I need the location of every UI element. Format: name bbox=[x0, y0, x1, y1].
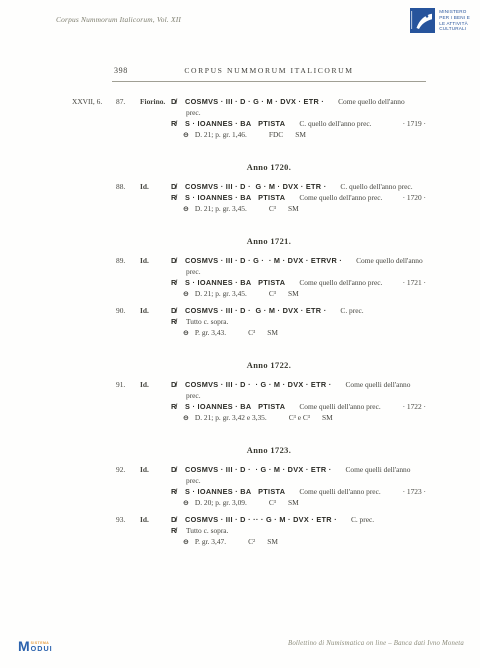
obverse-line: D̸ COSMVS · III · D · ·· · G · M · DVX ·… bbox=[171, 514, 426, 525]
weight-line: ⊖ D. 21; p. gr. 3,45. C³ SM bbox=[171, 288, 426, 300]
section-heading-anno-1721: Anno 1721. bbox=[112, 237, 426, 246]
obverse-description: Come quello dell'anno bbox=[356, 255, 423, 266]
reverse-description: C. quello dell'anno prec. bbox=[299, 118, 371, 129]
obverse-legend: COSMVS · III · D · · G · M · DVX · ETR · bbox=[185, 379, 331, 390]
obverse-description-cont: prec. bbox=[171, 390, 426, 401]
entry-denomination: Fiorino. bbox=[140, 96, 165, 107]
ministry-name-line3: LE ATTIVITÀ bbox=[439, 21, 468, 26]
coin-date: · 1723 · bbox=[393, 486, 426, 497]
weight-mark-icon: ⊖ bbox=[183, 537, 189, 548]
obverse-line: D̸ COSMVS · III · D · G · M · DVX · ETR … bbox=[171, 96, 426, 107]
collection-mark: SM bbox=[288, 288, 299, 299]
reverse-description: Come quello dell'anno prec. bbox=[299, 192, 382, 203]
reverse-mark-icon: R̸ bbox=[171, 525, 185, 536]
entry-denomination: Id. bbox=[140, 464, 149, 475]
weight-line: ⊖ P. gr. 3,47. C² SM bbox=[171, 536, 426, 548]
reverse-legend: S · IOANNES · BA PTISTA bbox=[185, 118, 285, 129]
weight-text: P. gr. 3,47. bbox=[195, 536, 226, 547]
collection-mark: SM bbox=[288, 497, 299, 508]
ministry-name-line4: CULTURALI bbox=[439, 26, 466, 31]
reverse-legend: S · IOANNES · BA PTISTA bbox=[185, 486, 285, 497]
obverse-legend: COSMVS · III · D · G · M · DVX · ETR · bbox=[185, 96, 324, 107]
weight-mark-icon: ⊖ bbox=[183, 328, 189, 339]
scanned-page: Corpus Nummorum Italicorum, Vol. XII MIN… bbox=[0, 0, 480, 668]
collection-mark: SM bbox=[267, 327, 278, 338]
document-title: Corpus Nummorum Italicorum, Vol. XII bbox=[56, 15, 181, 24]
collection-mark: SM bbox=[322, 412, 333, 423]
reverse-line: R̸ S · IOANNES · BA PTISTA Come quelli d… bbox=[171, 486, 426, 497]
reverse-line: R̸ S · IOANNES · BA PTISTA Come quello d… bbox=[171, 192, 426, 203]
section-heading-anno-1720: Anno 1720. bbox=[112, 163, 426, 172]
entry-number: 90. bbox=[116, 305, 125, 316]
page-number: 398 bbox=[114, 66, 128, 75]
obverse-legend: COSMVS · III · D · G · M · DVX · ETR · bbox=[185, 181, 326, 192]
header-rule bbox=[112, 81, 426, 82]
sistema-modui-logo: M SISTEMA ODUI bbox=[18, 640, 53, 652]
catalog-entry-87: XXVII, 6. 87. Fiorino. D̸ COSMVS · III ·… bbox=[70, 96, 426, 141]
obverse-description: C. prec. bbox=[340, 305, 363, 316]
conservation-grade: C³ bbox=[248, 327, 255, 338]
reverse-description: Come quelli dell'anno prec. bbox=[299, 486, 380, 497]
weight-mark-icon: ⊖ bbox=[183, 130, 189, 141]
obverse-description: Come quello dell'anno bbox=[338, 96, 405, 107]
weight-text: D. 21; p. gr. 3,45. bbox=[195, 203, 247, 214]
reverse-mark-icon: R̸ bbox=[171, 401, 185, 412]
section-heading-anno-1722: Anno 1722. bbox=[112, 361, 426, 370]
conservation-grade: C³ bbox=[269, 203, 276, 214]
weight-line: ⊖ D. 21; p. gr. 1,46. FDC SM bbox=[171, 129, 426, 141]
entry-number: 88. bbox=[116, 181, 125, 192]
weight-mark-icon: ⊖ bbox=[183, 204, 189, 215]
catalog-entry-90: 90. Id. D̸ COSMVS · III · D · G · M · DV… bbox=[70, 305, 426, 339]
catalog-entry-91: 91. Id. D̸ COSMVS · III · D · · G · M · … bbox=[70, 379, 426, 424]
collection-mark: SM bbox=[288, 203, 299, 214]
weight-mark-icon: ⊖ bbox=[183, 289, 189, 300]
entry-number: 92. bbox=[116, 464, 125, 475]
footer-caption: Bollettino di Numismatica on line – Banc… bbox=[288, 640, 464, 647]
reverse-line: R̸ S · IOANNES · BA PTISTA C. quello del… bbox=[171, 118, 426, 129]
obverse-legend: COSMVS · III · D · G · · M · DVX · ETRVR… bbox=[185, 255, 342, 266]
obverse-line: D̸ COSMVS · III · D · · G · M · DVX · ET… bbox=[171, 464, 426, 475]
obverse-description-cont: prec. bbox=[171, 475, 426, 486]
reverse-line: R̸ S · IOANNES · BA PTISTA Come quello d… bbox=[171, 277, 426, 288]
modui-logo-main: ODUI bbox=[31, 645, 53, 652]
coin-date: · 1721 · bbox=[393, 277, 426, 288]
coin-date: · 1722 · bbox=[393, 401, 426, 412]
running-title: CORPUS NUMMORUM ITALICORUM bbox=[112, 66, 426, 75]
collection-mark: SM bbox=[267, 536, 278, 547]
entry-number: 87. bbox=[116, 96, 125, 107]
reverse-description: Tutto c. sopra. bbox=[186, 316, 228, 327]
obverse-mark-icon: D̸ bbox=[171, 305, 185, 316]
ministry-name-line2: PER I BENI E bbox=[439, 15, 470, 20]
obverse-line: D̸ COSMVS · III · D · · G · M · DVX · ET… bbox=[171, 379, 426, 390]
conservation-grade: C³ e C³ bbox=[289, 412, 310, 423]
reverse-legend: S · IOANNES · BA PTISTA bbox=[185, 401, 285, 412]
reverse-legend: S · IOANNES · BA PTISTA bbox=[185, 192, 285, 203]
weight-mark-icon: ⊖ bbox=[183, 413, 189, 424]
catalog-entry-92: 92. Id. D̸ COSMVS · III · D · · G · M · … bbox=[70, 464, 426, 509]
entry-denomination: Id. bbox=[140, 305, 149, 316]
obverse-line: D̸ COSMVS · III · D · G · M · DVX · ETR … bbox=[171, 181, 426, 192]
reverse-mark-icon: R̸ bbox=[171, 192, 185, 203]
reverse-line: R̸ Tutto c. sopra. bbox=[171, 316, 426, 327]
obverse-mark-icon: D̸ bbox=[171, 514, 185, 525]
reverse-line: R̸ Tutto c. sopra. bbox=[171, 525, 426, 536]
obverse-description: C. prec. bbox=[351, 514, 374, 525]
obverse-legend: COSMVS · III · D · · G · M · DVX · ETR · bbox=[185, 464, 331, 475]
weight-text: D. 21; p. gr. 3,42 e 3,35. bbox=[195, 412, 267, 423]
modui-logo-initial: M bbox=[18, 640, 30, 652]
entry-number: 91. bbox=[116, 379, 125, 390]
reverse-line: R̸ S · IOANNES · BA PTISTA Come quelli d… bbox=[171, 401, 426, 412]
entry-denomination: Id. bbox=[140, 379, 149, 390]
conservation-grade: C² bbox=[248, 536, 255, 547]
catalog-entry-88: 88. Id. D̸ COSMVS · III · D · G · M · DV… bbox=[70, 181, 426, 215]
conservation-grade: C³ bbox=[269, 497, 276, 508]
obverse-mark-icon: D̸ bbox=[171, 181, 185, 192]
reverse-description: Come quello dell'anno prec. bbox=[299, 277, 382, 288]
obverse-description-cont: prec. bbox=[171, 266, 426, 277]
reverse-description: Come quelli dell'anno prec. bbox=[299, 401, 380, 412]
reverse-mark-icon: R̸ bbox=[171, 316, 185, 327]
obverse-mark-icon: D̸ bbox=[171, 96, 185, 107]
weight-text: D. 20; p. gr. 3,09. bbox=[195, 497, 247, 508]
weight-text: D. 21; p. gr. 1,46. bbox=[195, 129, 247, 140]
coin-date: · 1720 · bbox=[393, 192, 426, 203]
entry-list: XXVII, 6. 87. Fiorino. D̸ COSMVS · III ·… bbox=[70, 96, 426, 548]
obverse-mark-icon: D̸ bbox=[171, 464, 185, 475]
weight-line: ⊖ D. 21; p. gr. 3,42 e 3,35. C³ e C³ SM bbox=[171, 412, 426, 424]
reverse-mark-icon: R̸ bbox=[171, 486, 185, 497]
obverse-line: D̸ COSMVS · III · D · G · · M · DVX · ET… bbox=[171, 255, 426, 266]
weight-line: ⊖ D. 21; p. gr. 3,45. C³ SM bbox=[171, 203, 426, 215]
catalog-page: 398 CORPUS NUMMORUM ITALICORUM XXVII, 6.… bbox=[70, 66, 426, 553]
conservation-grade: C³ bbox=[269, 288, 276, 299]
page-header: 398 CORPUS NUMMORUM ITALICORUM bbox=[112, 66, 426, 77]
weight-line: ⊖ D. 20; p. gr. 3,09. C³ SM bbox=[171, 497, 426, 509]
obverse-mark-icon: D̸ bbox=[171, 379, 185, 390]
obverse-description-cont: prec. bbox=[171, 107, 426, 118]
obverse-legend: COSMVS · III · D · G · M · DVX · ETR · bbox=[185, 305, 326, 316]
section-heading-anno-1723: Anno 1723. bbox=[112, 446, 426, 455]
ministry-banner: MINISTERO PER I BENI E LE ATTIVITÀ CULTU… bbox=[410, 8, 470, 33]
obverse-line: D̸ COSMVS · III · D · G · M · DVX · ETR … bbox=[171, 305, 426, 316]
entry-denomination: Id. bbox=[140, 255, 149, 266]
reverse-legend: S · IOANNES · BA PTISTA bbox=[185, 277, 285, 288]
obverse-legend: COSMVS · III · D · ·· · G · M · DVX · ET… bbox=[185, 514, 337, 525]
obverse-description: C. quello dell'anno prec. bbox=[340, 181, 412, 192]
entry-number: 93. bbox=[116, 514, 125, 525]
reverse-mark-icon: R̸ bbox=[171, 118, 185, 129]
plate-reference: XXVII, 6. bbox=[72, 96, 102, 107]
weight-text: P. gr. 3,43. bbox=[195, 327, 226, 338]
obverse-description: Come quelli dell'anno bbox=[345, 464, 410, 475]
entry-denomination: Id. bbox=[140, 514, 149, 525]
obverse-description: Come quelli dell'anno bbox=[345, 379, 410, 390]
obverse-mark-icon: D̸ bbox=[171, 255, 185, 266]
weight-line: ⊖ P. gr. 3,43. C³ SM bbox=[171, 327, 426, 339]
reverse-mark-icon: R̸ bbox=[171, 277, 185, 288]
ministry-name-line1: MINISTERO bbox=[439, 9, 466, 14]
coin-date: · 1719 · bbox=[393, 118, 426, 129]
entry-number: 89. bbox=[116, 255, 125, 266]
mibac-logo-icon bbox=[410, 8, 435, 33]
weight-text: D. 21; p. gr. 3,45. bbox=[195, 288, 247, 299]
collection-mark: SM bbox=[295, 129, 306, 140]
catalog-entry-93: 93. Id. D̸ COSMVS · III · D · ·· · G · M… bbox=[70, 514, 426, 548]
weight-mark-icon: ⊖ bbox=[183, 498, 189, 509]
conservation-grade: FDC bbox=[269, 129, 283, 140]
entry-denomination: Id. bbox=[140, 181, 149, 192]
reverse-description: Tutto c. sopra. bbox=[186, 525, 228, 536]
ministry-name: MINISTERO PER I BENI E LE ATTIVITÀ CULTU… bbox=[439, 9, 470, 32]
catalog-entry-89: 89. Id. D̸ COSMVS · III · D · G · · M · … bbox=[70, 255, 426, 300]
